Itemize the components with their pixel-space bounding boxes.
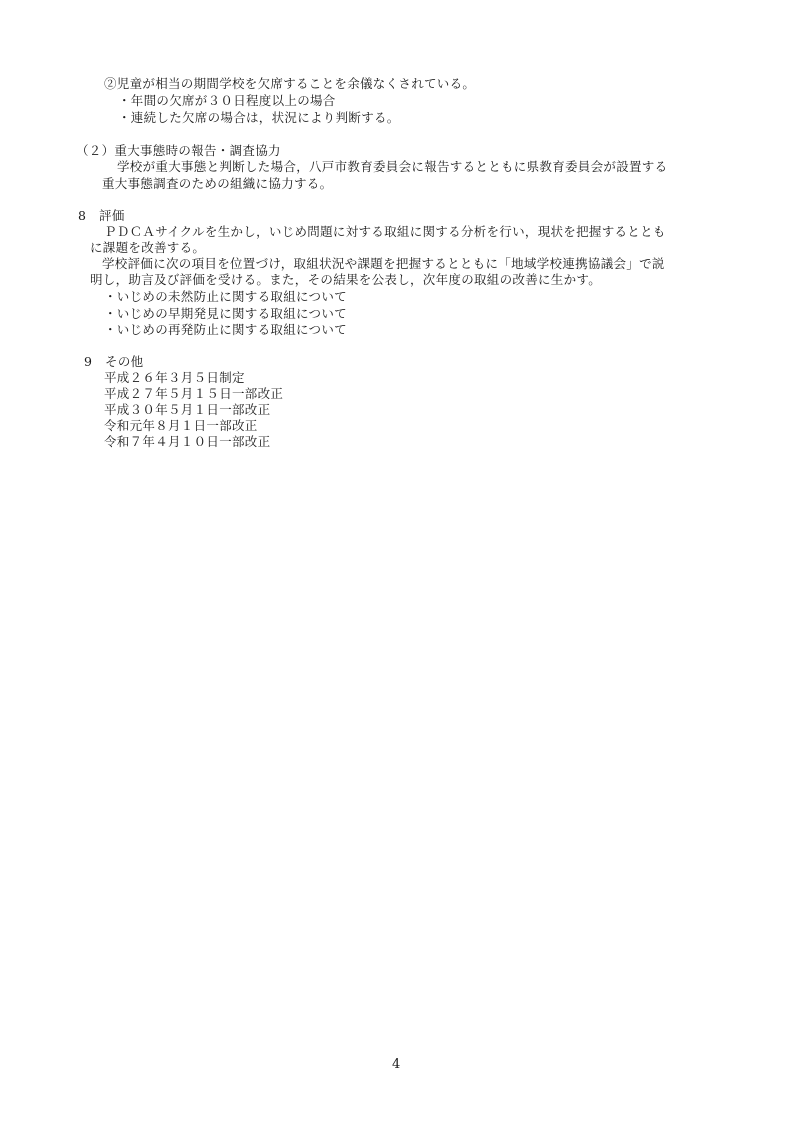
history-revision-3: 令和元年８月１日一部改正 (104, 418, 258, 434)
bullet-prevention: ・いじめの未然防止に関する取組について (104, 289, 347, 305)
bullet-early-detection: ・いじめの早期発見に関する取組について (104, 306, 347, 322)
item-absence-reason: ②児童が相当の期間学校を欠席することを余儀なくされている。 (104, 76, 475, 92)
page-number: 4 (392, 1057, 400, 1072)
section-heading-other: 9 その他 (84, 354, 143, 370)
paragraph-pdca-1: ＰＤＣＡサイクルを生かし，いじめ問題に対する取組に関する分析を行い，現状を把握す… (104, 224, 666, 240)
paragraph-school-eval-1: 学校評価に次の項目を位置づけ，取組状況や課題を把握するとともに「地域学校連携協議… (102, 256, 665, 272)
bullet-recurrence-prevention: ・いじめの再発防止に関する取組について (104, 322, 347, 338)
bullet-consecutive-absence: ・連続した欠席の場合は，状況により判断する。 (118, 110, 400, 126)
section-heading-evaluation: 8 評価 (78, 208, 125, 224)
history-revision-1: 平成２７年５月１５日一部改正 (104, 386, 283, 402)
paragraph-serious-report-2: 重大事態調査のための組織に協力する。 (102, 176, 332, 192)
history-revision-4: 令和７年４月１０日一部改正 (104, 434, 270, 450)
history-established: 平成２６年３月５日制定 (104, 370, 245, 386)
section-heading-serious-report: （２）重大事態時の報告・調査協力 (76, 143, 281, 159)
bullet-annual-absence: ・年間の欠席が３０日程度以上の場合 (118, 93, 336, 109)
history-revision-2: 平成３０年５月１日一部改正 (104, 402, 270, 418)
paragraph-pdca-2: に課題を改善する。 (90, 240, 205, 256)
paragraph-serious-report-1: 学校が重大事態と判断した場合，八戸市教育委員会に報告するとともに県教育委員会が設… (117, 159, 667, 175)
paragraph-school-eval-2: 明し，助言及び評価を受ける。また，その結果を公表し，次年度の取組の改善に生かす。 (90, 272, 601, 288)
